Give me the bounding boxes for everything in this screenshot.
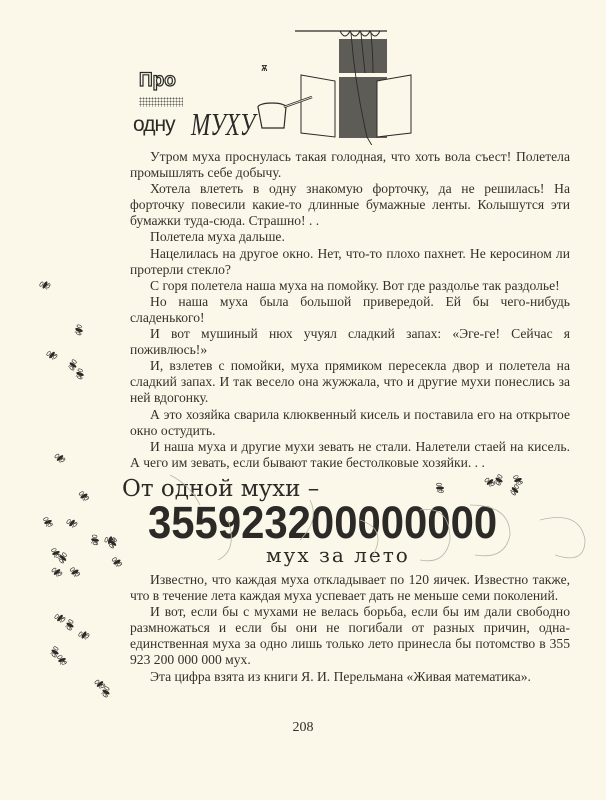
story-paragraph: С горя полетела наша муха на помойку. Во…	[130, 278, 570, 294]
saucepan-illustration	[256, 95, 326, 140]
story-paragraph: И вот мушиный нюх учуял сладкий запах: «…	[130, 326, 570, 358]
story-paragraph: Нацелилась на другое окно. Нет, что-то п…	[130, 246, 570, 278]
fact-paragraph: И вот, если бы с мухами не велась борьба…	[130, 604, 570, 668]
book-page: Про одну МУХУ ѫ Утром муха проснулась та…	[0, 0, 606, 800]
svg-text:ѫ: ѫ	[261, 61, 268, 74]
story-paragraph: Но наша муха была большой привередой. Ей…	[130, 294, 570, 326]
story-text: Утром муха проснулась такая голодная, чт…	[130, 149, 570, 471]
story-paragraph: И, взлетев с помойки, муха прямиком пере…	[130, 358, 570, 406]
story-paragraph: Полетела муха дальше.	[130, 229, 570, 245]
title-word-pro: Про	[139, 70, 176, 92]
story-paragraph: Хотела влететь в одну знакомую форточку,…	[130, 181, 570, 229]
headline-number: 355923200000000	[148, 497, 497, 549]
story-paragraph: Утром муха проснулась такая голодная, чт…	[130, 149, 570, 181]
fact-paragraph: Известно, что каждая муха откладывает по…	[130, 572, 570, 604]
title-word-odnu: одну	[133, 113, 175, 137]
title-dotted-ornament	[139, 97, 183, 107]
title-word-muhu: МУХУ	[191, 106, 255, 143]
story-paragraph: И наша муха и другие мухи зевать не стал…	[130, 439, 570, 471]
story-paragraph: А это хозяйка сварила клюквенный кисель …	[130, 407, 570, 439]
fact-paragraph: Эта цифра взята из книги Я. И. Перельман…	[130, 669, 570, 685]
fact-text: Известно, что каждая муха откладывает по…	[130, 572, 570, 685]
headline-flies-per-summer: мух за лето	[266, 543, 410, 567]
page-number: 208	[0, 720, 606, 736]
